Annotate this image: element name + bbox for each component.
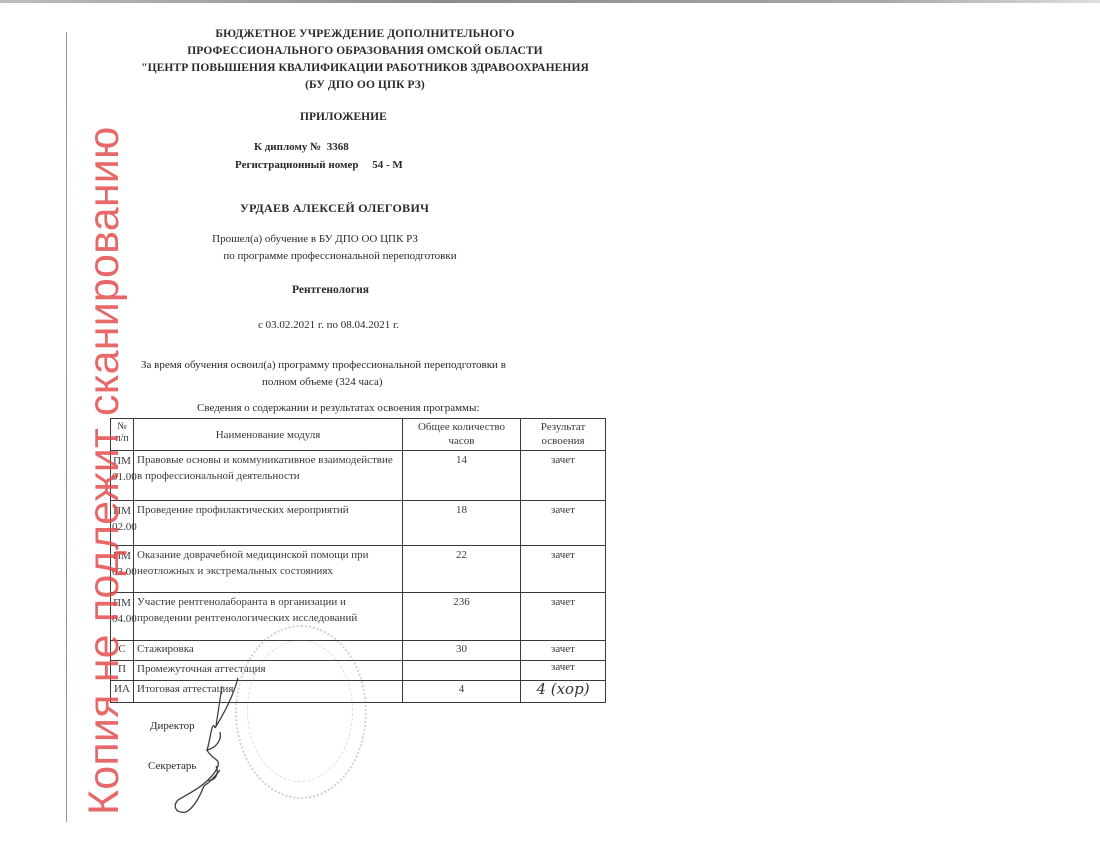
row-result: зачет	[521, 501, 606, 546]
row-hours: 14	[403, 451, 521, 501]
header-result: Результат освоения	[521, 419, 606, 451]
table-header-row: № п/п Наименование модуля Общее количест…	[111, 419, 606, 451]
diploma-number: 3368	[327, 141, 349, 153]
doc-title: ПРИЛОЖЕНИЕ	[300, 111, 387, 123]
row-hours	[403, 661, 521, 681]
row-result: зачет	[521, 641, 606, 661]
row-hours: 236	[403, 593, 521, 641]
institution-line-2: ПРОФЕССИОНАЛЬНОГО ОБРАЗОВАНИЯ ОМСКОЙ ОБЛ…	[130, 45, 600, 57]
person-name: УРДАЕВ АЛЕКСЕЙ ОЛЕГОВИЧ	[240, 201, 429, 216]
row-hours: 4	[403, 681, 521, 703]
row-result: зачет	[521, 546, 606, 593]
row-hours: 22	[403, 546, 521, 593]
header-module-name: Наименование модуля	[134, 419, 403, 451]
table-row: ПМ 03.00 Оказание доврачебной медицинско…	[111, 546, 606, 593]
table-row: С Стажировка 30 зачет	[111, 641, 606, 661]
row-module-name: Оказание доврачебной медицинской помощи …	[134, 546, 403, 593]
training-period: с 03.02.2021 г. по 08.04.2021 г.	[258, 319, 399, 331]
row-final-grade: 4 (хор)	[521, 681, 606, 703]
completion-line-1: За время обучения освоил(а) программу пр…	[141, 359, 506, 371]
row-result: зачет	[521, 661, 606, 681]
row-module-name: Участие рентгенолаборанта в организации …	[134, 593, 403, 641]
program-name: Рентгенология	[292, 284, 369, 296]
table-caption: Сведения о содержании и результатах осво…	[197, 402, 479, 414]
scan-left-edge	[66, 32, 67, 822]
row-module-name: Правовые основы и коммуникативное взаимо…	[134, 451, 403, 501]
row-module-name: Проведение профилактических мероприятий	[134, 501, 403, 546]
row-result: зачет	[521, 451, 606, 501]
training-line-1: Прошел(а) обучение в БУ ДПО ОО ЦПК РЗ	[190, 233, 440, 245]
director-label: Директор	[150, 720, 195, 732]
training-line-2: по программе профессиональной переподгот…	[190, 250, 490, 262]
row-hours: 18	[403, 501, 521, 546]
row-hours: 30	[403, 641, 521, 661]
watermark-copy-not-for-scanning: Копия не подлежит сканированию	[80, 127, 129, 815]
diploma-label: К диплому №	[254, 141, 321, 153]
scan-top-edge	[0, 0, 1100, 3]
row-result: зачет	[521, 593, 606, 641]
table-row: ПМ 01.00 Правовые основы и коммуникативн…	[111, 451, 606, 501]
table-row: ПМ 02.00 Проведение профилактических мер…	[111, 501, 606, 546]
header-hours: Общее количество часов	[403, 419, 521, 451]
diploma-number-line: К диплому № 3368	[254, 141, 349, 153]
registration-line: Регистрационный номер 54 - М	[235, 159, 403, 171]
table-row: ПМ 04.00 Участие рентгенолаборанта в орг…	[111, 593, 606, 641]
official-stamp-inner-ring	[247, 640, 353, 782]
completion-line-2: полном объеме (324 часа)	[262, 376, 383, 388]
secretary-label: Секретарь	[148, 760, 196, 772]
institution-line-4: (БУ ДПО ОО ЦПК РЗ)	[130, 79, 600, 91]
registration-label: Регистрационный номер	[235, 159, 358, 171]
modules-table: № п/п Наименование модуля Общее количест…	[110, 418, 606, 703]
institution-line-3: "ЦЕНТР ПОВЫШЕНИЯ КВАЛИФИКАЦИИ РАБОТНИКОВ…	[130, 62, 600, 74]
institution-line-1: БЮДЖЕТНОЕ УЧРЕЖДЕНИЕ ДОПОЛНИТЕЛЬНОГО	[130, 28, 600, 40]
registration-number: 54 - М	[372, 159, 403, 171]
